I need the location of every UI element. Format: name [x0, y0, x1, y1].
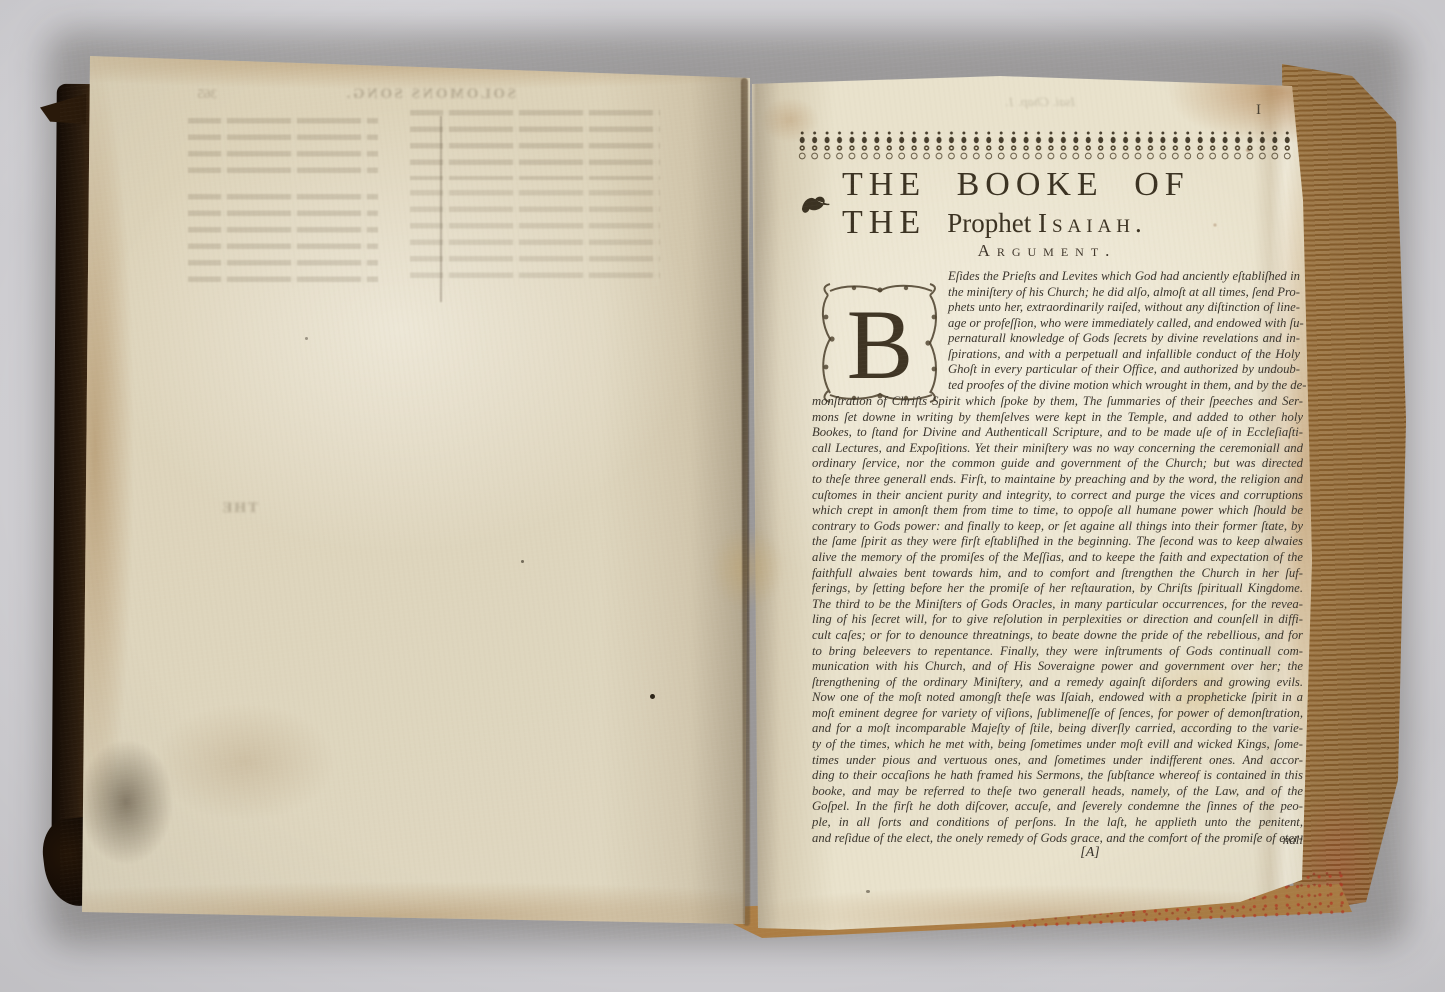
text-line: alive the memory of the promiſes of the …	[812, 550, 1303, 566]
text-line: contrary to Gods power: and finally to k…	[812, 519, 1303, 535]
text-line: times under pious and vertuous ones, and…	[812, 753, 1303, 769]
ghost-catchword-the: THE	[198, 500, 258, 517]
text-line: The third to be the Miniſters of Gods Or…	[812, 597, 1303, 613]
text-line: Bookes, to ſtand for Divine and Authenti…	[812, 425, 1303, 441]
ink-spot	[521, 560, 524, 563]
ink-spot	[650, 694, 655, 699]
text-line: mons ſet downe in writing by themſelves …	[812, 410, 1303, 426]
text-line: to theſe three generall ends. Firſt, to …	[812, 472, 1303, 488]
text-line: ding to their occaſions he hath framed h…	[812, 768, 1303, 784]
text-line: the ſame ſpirit as they were firſt eſtab…	[812, 534, 1303, 550]
text-line: and for a moſt incomparable Majeſty of ſ…	[812, 721, 1303, 737]
text-line: phets unto her, extraordinarily raiſed, …	[948, 300, 1300, 316]
text-line: call Lectures, and Expoſitions. Yet thei…	[812, 441, 1303, 457]
ghost-column-rule	[440, 116, 442, 302]
text-line: ſpirations, and with a perpetuall and in…	[948, 347, 1300, 363]
argument-heading: Argument.	[800, 241, 1294, 261]
text-line: ling of his ſecret will, for to give reſ…	[812, 612, 1303, 628]
text-line: Now one of the moſt noted amongſt theſe …	[812, 690, 1303, 706]
text-line: ted proofes of the divine motion which w…	[948, 378, 1300, 394]
ghost-text-column	[410, 110, 660, 180]
text-line: cult caſes; or for to denounce threatnin…	[812, 628, 1303, 644]
text-line: to bring beleevers to repentance. Finall…	[812, 644, 1303, 660]
drop-cap-letter: B	[847, 289, 914, 400]
book-photo: 365 SOLOMONS SONG. THE Isai. Chap. 1. I …	[0, 0, 1445, 992]
ghost-running-head-isai-chap: Isai. Chap. 1.	[905, 94, 1175, 110]
ghost-text-column	[188, 118, 378, 180]
text-line: moſt eminent degree for variety of viſio…	[812, 706, 1303, 722]
book-title-line-2: Prophet Isaiah.	[800, 208, 1294, 239]
text-line: ty of the times, which he met with, bein…	[812, 737, 1303, 753]
text-line: ſtrengthening of the ordinary Miniſtery,…	[812, 675, 1303, 691]
text-line: ordinary ſervice, nor the common guide a…	[812, 456, 1303, 472]
text-line: munication with his Church, and of His S…	[812, 659, 1303, 675]
argument-paragraph-indented-lines: Eſides the Prieſts and Levites which God…	[948, 269, 1300, 393]
signature-mark: [A]	[1020, 845, 1160, 861]
ghost-text-column	[410, 190, 660, 286]
ink-spot	[305, 337, 308, 340]
title-isaiah: Isaiah.	[1038, 208, 1147, 238]
page-number: I	[1256, 102, 1290, 119]
drop-cap-initial: B	[818, 281, 942, 405]
catchword: nall	[1178, 832, 1303, 848]
title-prophet: Prophet	[947, 208, 1031, 238]
text-line: Eſides the Prieſts and Levites which God…	[948, 269, 1300, 285]
fleuron-border-ornament	[796, 129, 1294, 162]
text-line: faithfull alwaies bent towards him, and …	[812, 566, 1303, 582]
argument-paragraph-full-lines: monſtration of Chriſts Spirit which ſpok…	[812, 394, 1303, 846]
text-line: ple, in all ſorts and conditions of perſ…	[812, 815, 1303, 831]
ink-spot	[866, 890, 870, 893]
text-line: ferings, by ſetting before her the promi…	[812, 581, 1303, 597]
text-line: Ghoſt in every particular of their Offic…	[948, 362, 1300, 378]
text-line: cuſtomes in their ancient purity and int…	[812, 488, 1303, 504]
text-line: booke, and may be referred to theſe two …	[812, 784, 1303, 800]
ghost-running-head-solomons-song: SOLOMONS SONG.	[190, 86, 670, 103]
text-line: Goſpel. In the firſt he doth diſcover, a…	[812, 799, 1303, 815]
text-line: the miniſtery of his Church; he did alſo…	[948, 285, 1300, 301]
text-line: age or profeſſion, who were immediately …	[948, 316, 1300, 332]
ghost-text-column	[188, 194, 378, 286]
text-line: pernaturall knowledge of Gods ſecrets by…	[948, 331, 1300, 347]
drop-cap-ornament-frame: B	[818, 281, 942, 405]
text-line: which crept in amonſt them from time to …	[812, 503, 1303, 519]
text-line: monſtration of Chriſts Spirit which ſpok…	[812, 394, 1303, 410]
